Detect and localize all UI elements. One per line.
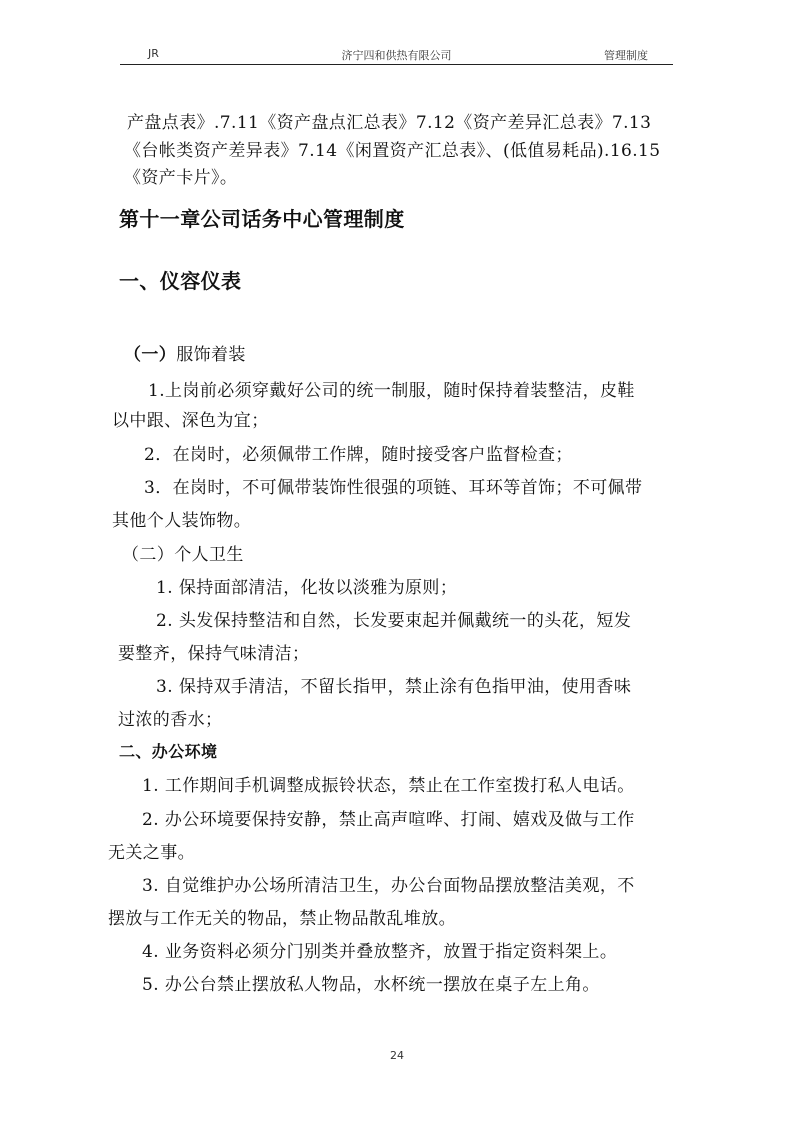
paragraph-line: 2. 办公环境要保持安静，禁止高声喧哗、打闹、嬉戏及做与工作 xyxy=(142,805,635,830)
header-right: 管理制度 xyxy=(604,47,648,63)
paragraph-line: 其他个人装饰物。 xyxy=(112,506,251,531)
paragraph-line: 1.上岗前必须穿戴好公司的统一制服，随时保持着装整洁，皮鞋 xyxy=(148,376,635,401)
paragraph-line: 过浓的香水； xyxy=(118,705,222,730)
chapter-title: 第十一章公司话务中心管理制度 xyxy=(119,203,405,232)
paragraph-line: 2. 头发保持整洁和自然，长发要束起并佩戴统一的头花，短发 xyxy=(156,606,631,631)
paragraph-line: 1. 工作期间手机调整成振铃状态，禁止在工作室拨打私人电话。 xyxy=(142,771,635,796)
paragraph-line: 以中跟、深色为宜； xyxy=(112,406,269,431)
subsection-heading: （二）个人卫生 xyxy=(122,540,244,565)
page-header: JR 济宁四和供热有限公司 管理制度 xyxy=(120,44,673,64)
page-number: 24 xyxy=(0,1049,794,1062)
continuation-line: 《台帐类资产差异表》7.14《闲置资产汇总表》、(低值易耗品).16.15 xyxy=(124,136,661,161)
section-heading: 一、仪容仪表 xyxy=(119,265,241,294)
header-company: 济宁四和供热有限公司 xyxy=(120,47,673,63)
subsection-heading: （一）服饰着装 xyxy=(124,340,246,365)
header-divider xyxy=(120,64,673,65)
paragraph-line: 要整齐，保持气味清洁； xyxy=(118,639,309,664)
paragraph-line: 2．在岗时，必须佩带工作牌，随时接受客户监督检查； xyxy=(144,440,573,465)
paragraph-line: 无关之事。 xyxy=(108,838,195,863)
paragraph-line: 摆放与工作无关的物品，禁止物品散乱堆放。 xyxy=(108,904,456,929)
paragraph-line: 3. 保持双手清洁，不留长指甲，禁止涂有色指甲油，使用香味 xyxy=(156,672,631,697)
subsection-title: 服饰着装 xyxy=(176,345,246,365)
paragraph-line: 4. 业务资料必须分门别类并叠放整齐，放置于指定资料架上。 xyxy=(142,937,617,962)
section-heading: 二、办公环境 xyxy=(119,739,217,762)
continuation-line: 产盘点表》.7.11《资产盘点汇总表》7.12《资产差异汇总表》7.13 xyxy=(127,108,651,133)
paragraph-line: 1. 保持面部清洁，化妆以淡雅为原则； xyxy=(156,573,457,598)
continuation-line: 《资产卡片》。 xyxy=(124,163,237,188)
paragraph-line: 3. 自觉维护办公场所清洁卫生，办公台面物品摆放整洁美观，不 xyxy=(142,871,635,896)
paragraph-line: 5. 办公台禁止摆放私人物品，水杯统一摆放在桌子左上角。 xyxy=(142,970,600,995)
paragraph-line: 3．在岗时，不可佩带装饰性很强的项链、耳环等首饰；不可佩带 xyxy=(144,473,642,498)
